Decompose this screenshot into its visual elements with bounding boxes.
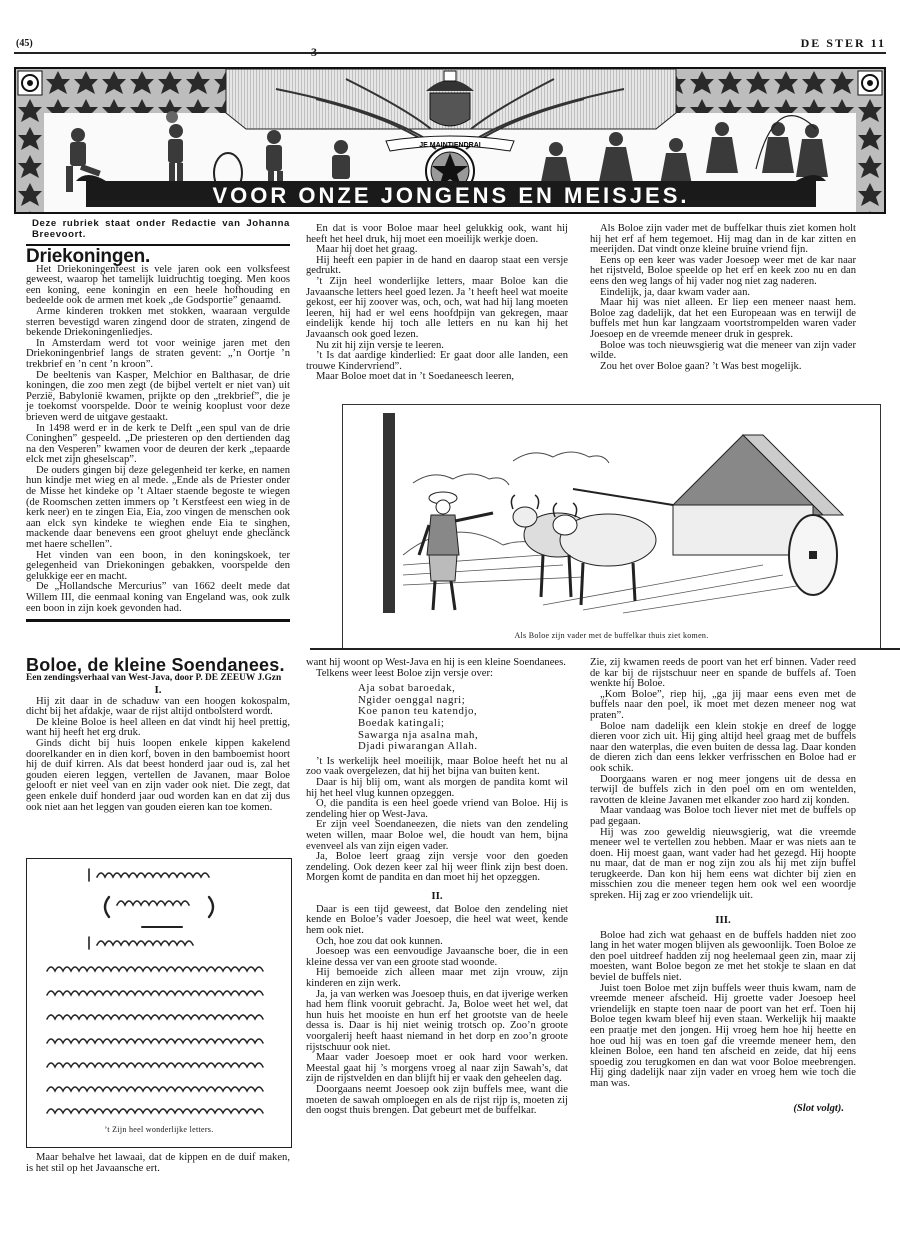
section-numeral-1: I. <box>26 684 290 697</box>
boloe-paragraph: Boloe had zich wat gehaast en de buffels… <box>590 931 856 984</box>
driekoningen-paragraph: In Amsterdam werd tot voor weinige jaren… <box>26 339 290 371</box>
boloe-paragraph: Maar vandaag was Boloe toch liever niet … <box>590 806 856 827</box>
boloe-paragraph: Doorgaans neemt Joesoep ook zijn buffels… <box>306 1085 568 1117</box>
javanese-script-glyphs <box>27 859 291 1121</box>
driekoningen-paragraph: Arme kinderen trokken met stokken, waara… <box>26 307 290 339</box>
boloe-paragraph: Hij bemoeide zich alleen maar met zijn v… <box>306 968 568 989</box>
column-1-bottom: Maar behalve het lawaai, dat de kippen e… <box>26 1153 290 1174</box>
boloe-paragraph: Boloe nam dadelijk een klein stokje en d… <box>590 722 856 775</box>
boloe-paragraph: Juist toen Boloe met zijn buffels weer t… <box>590 984 856 1090</box>
boloe-paragraph: Daar is hij blij om, want als morgen de … <box>306 778 568 799</box>
editor-note: Deze rubriek staat onder Redactie van Jo… <box>26 218 290 240</box>
column-3-bottom: Zie, zij kwamen reeds de poort van het e… <box>590 658 856 1114</box>
driekoningen-paragraph: In 1498 werd er in de kerk te Delft „een… <box>26 424 290 466</box>
column-2-top: En dat is voor Boloe maar heel gelukkig … <box>306 224 568 383</box>
banner-illustration: JE MAINTIENDRAI VOOR ONZE JONGENS EN ME <box>16 69 884 212</box>
section-numeral-3: III. <box>590 914 856 927</box>
boloe-paragraph: ’t Zijn heel wonderlijke letters, maar B… <box>306 277 568 341</box>
header-rule <box>14 52 886 54</box>
javanese-script-figure: ’t Zijn heel wonderlijke letters. <box>26 858 292 1148</box>
poem-line: Boedak katingali; <box>358 718 568 730</box>
boloe-paragraph: Hij zit daar in de schaduw van een hooge… <box>26 697 290 718</box>
boloe-paragraph: Hij heeft een papier in de hand en daaro… <box>306 256 568 277</box>
boloe-paragraph: ’t Is werkelijk heel moeilijk, maar Bolo… <box>306 757 568 778</box>
column-3-top: Als Boloe zijn vader met de buffelkar th… <box>590 224 856 372</box>
article-title-boloe: Boloe, de kleine Soendanees. <box>26 660 290 671</box>
column-1-boloe: Boloe, de kleine Soendanees. Een zending… <box>26 660 290 813</box>
boloe-paragraph: Hij was zoo geweldig nieuwsgierig, wat d… <box>590 828 856 902</box>
banner-title: VOOR ONZE JONGENS EN MEISJES. <box>213 183 690 208</box>
boloe-paragraph: Doorgaans waren er nog meer jongens uit … <box>590 775 856 807</box>
javanese-figure-caption: ’t Zijn heel wonderlijke letters. <box>27 1125 291 1134</box>
article-title-driekoningen: Driekoningen. <box>26 252 290 263</box>
article-separator-rule <box>26 619 290 622</box>
boloe-paragraph: Maar behalve het lawaai, dat de kippen e… <box>26 1153 290 1174</box>
boloe-paragraph: Maar Boloe moet dat in ’t Soedaneesch le… <box>306 372 568 383</box>
poem-line: Djadi piwarangan Allah. <box>358 741 568 753</box>
boloe-paragraph: Ginds dicht bij huis loopen enkele kippe… <box>26 739 290 813</box>
publication-title: DE STER 11 <box>801 36 886 51</box>
boloe-paragraph: Telkens weer leest Boloe zijn versje ove… <box>306 669 568 680</box>
boloe-paragraph: Eens op een keer was vader Joesoep weer … <box>590 256 856 288</box>
poem: Aja sobat baroedak, Ngider oenggal nagri… <box>306 683 568 753</box>
boloe-paragraph: En dat is voor Boloe maar heel gelukkig … <box>306 224 568 245</box>
column-1-top: Deze rubriek staat onder Redactie van Jo… <box>26 218 290 622</box>
page-number-symbol: (45) <box>16 38 33 49</box>
buffalo-cart-drawing <box>343 405 880 627</box>
boloe-paragraph: Ja, Boloe leert graag zijn versje voor d… <box>306 852 568 884</box>
boloe-paragraph: Joesoep was een eenvoudige Javaansche bo… <box>306 947 568 968</box>
illustration-bottom-rule <box>310 648 900 650</box>
driekoningen-paragraph: Het Driekoningenfeest is vele jaren ook … <box>26 265 290 307</box>
boloe-paragraph: Maar hij was niet alleen. Er liep een me… <box>590 298 856 340</box>
boloe-paragraph: Zie, zij kwamen reeds de poort van het e… <box>590 658 856 690</box>
driekoningen-paragraph: De ouders gingen bij deze gelegenheid te… <box>26 466 290 551</box>
boloe-paragraph: Maar vader Joesoep moet er ook hard voor… <box>306 1053 568 1085</box>
boloe-paragraph: „Kom Boloe”, riep hij, „ga jij maar eens… <box>590 690 856 722</box>
boloe-paragraph: Daar is een tijd geweest, dat Boloe den … <box>306 905 568 937</box>
illustration-caption: Als Boloe zijn vader met de buffelkar th… <box>343 631 880 640</box>
boloe-paragraph: ’t Is dat aardige kinderlied: Er gaat do… <box>306 351 568 372</box>
boloe-paragraph: want hij woont op West-Java en hij is ee… <box>306 658 568 669</box>
boloe-paragraph: Boloe was toch nieuwsgierig wat die mene… <box>590 341 856 362</box>
boloe-paragraph: Als Boloe zijn vader met de buffelkar th… <box>590 224 856 256</box>
section-banner: JE MAINTIENDRAI VOOR ONZE JONGENS EN ME <box>14 67 886 214</box>
article-byline: Een zendingsverhaal van West-Java, door … <box>26 673 290 684</box>
driekoningen-paragraph: De „Hollandsche Mercurius” van 1662 deel… <box>26 582 290 614</box>
buffalo-cart-illustration: Als Boloe zijn vader met de buffelkar th… <box>342 404 881 650</box>
section-numeral-2: II. <box>306 890 568 903</box>
boloe-paragraph: O, die pandita is een heel goede vriend … <box>306 799 568 820</box>
driekoningen-paragraph: De beeltenis van Kasper, Melchior en Bal… <box>26 371 290 424</box>
boloe-paragraph: Zou het over Boloe gaan? ’t Was best mog… <box>590 362 856 373</box>
boloe-paragraph: Ja, ja van werken was Joesoep thuis, en … <box>306 990 568 1054</box>
continued-note: (Slot volgt). <box>590 1104 856 1115</box>
column-2-bottom: want hij woont op West-Java en hij is ee… <box>306 658 568 1117</box>
boloe-paragraph: De kleine Boloe is heel alleen en dat vi… <box>26 718 290 739</box>
boloe-paragraph: Er zijn veel Soendaneezen, die niets van… <box>306 820 568 852</box>
driekoningen-paragraph: Het vinden van een boon, in den koningsk… <box>26 551 290 583</box>
